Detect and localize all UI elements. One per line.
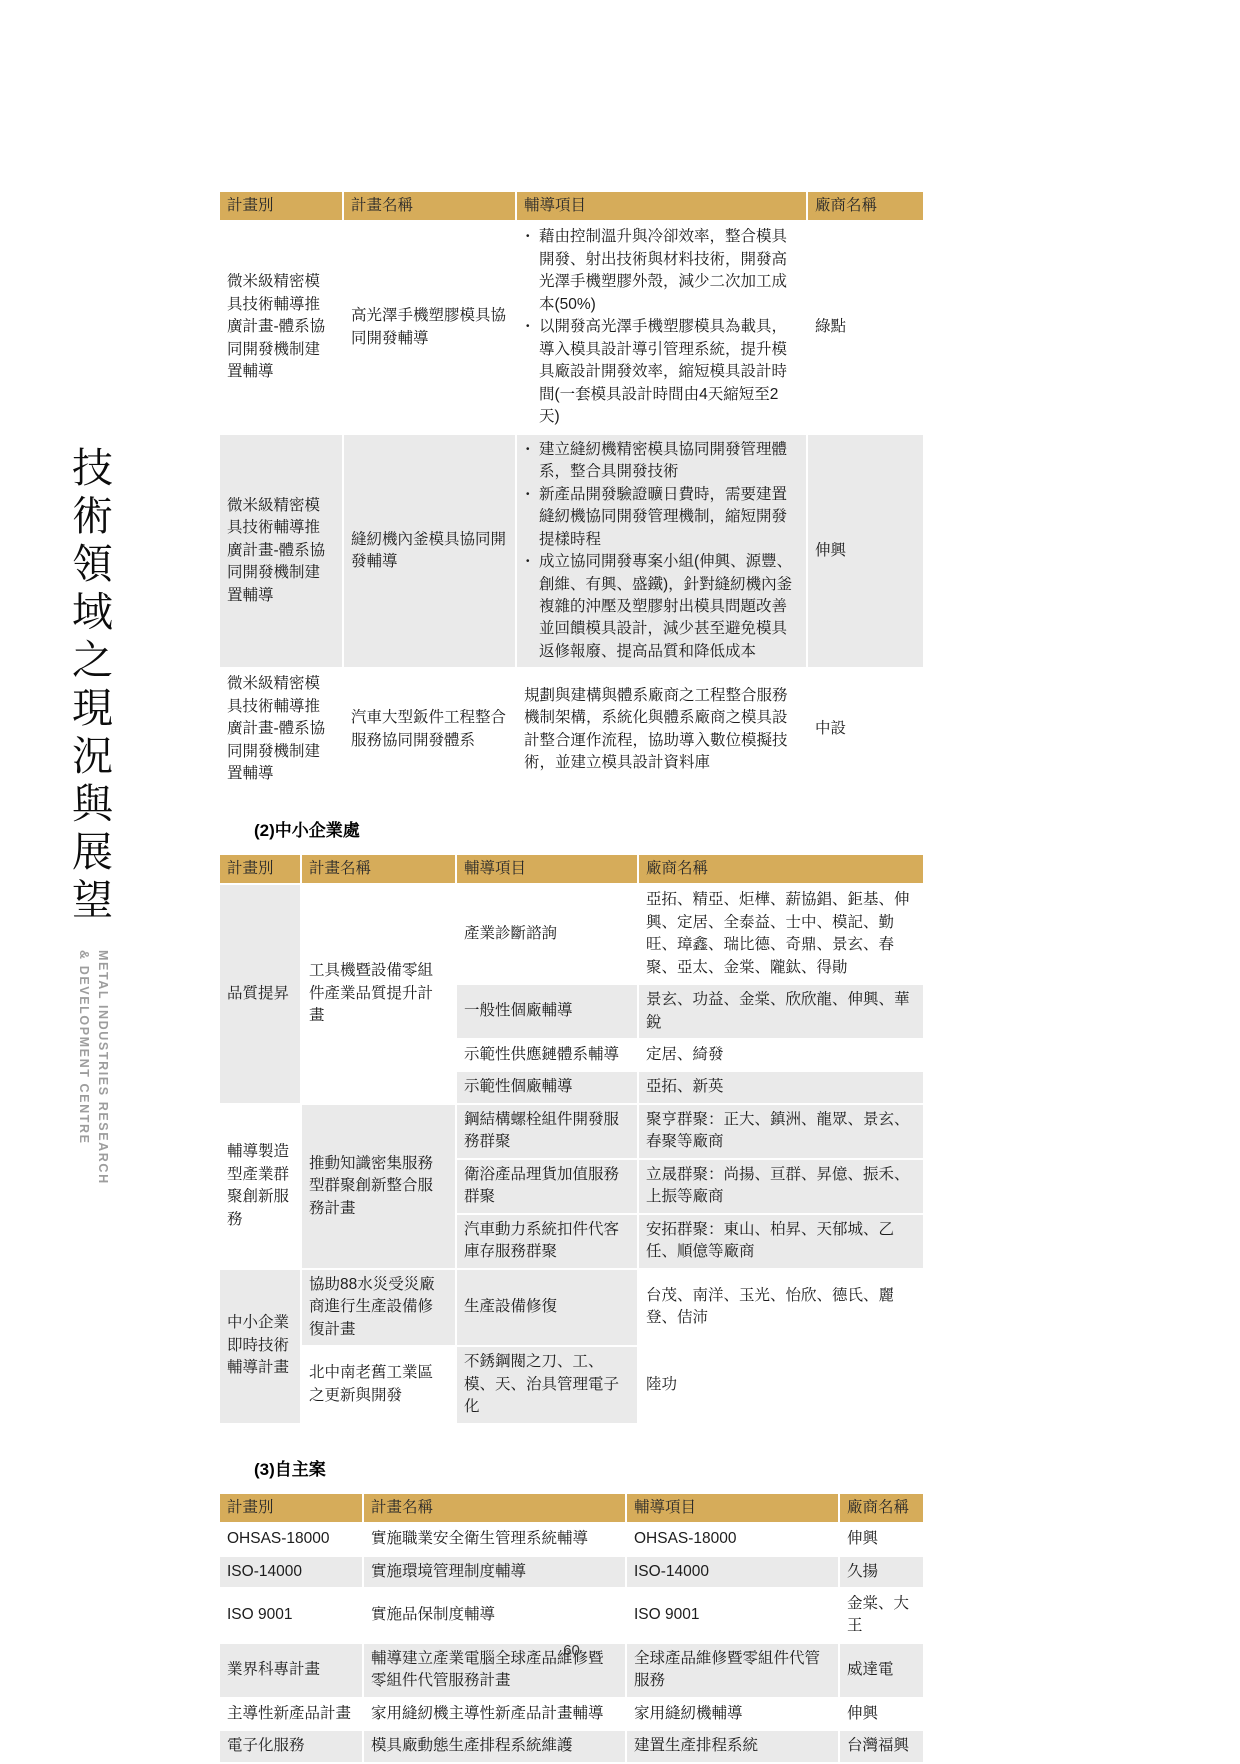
column-header: 輔導項目	[456, 854, 638, 884]
table-row: 微米級精密模具技術輔導推廣計畫-體系協同開發機制建置輔導汽車大型鈑件工程整合服務…	[219, 668, 924, 790]
bullet-item: 以開發高光澤手機塑膠模具為載具，導入模具設計導引管理系統，提升模具廠設計開發效率…	[524, 316, 799, 428]
table-cell: 台灣福興	[839, 1730, 924, 1762]
column-header: 計畫別	[219, 1493, 363, 1523]
sidebar-org-line2: & DEVELOPMENT CENTRE	[74, 950, 93, 1185]
table-header-row: 計畫別計畫名稱輔導項目廠商名稱	[219, 191, 924, 221]
bullet-item: 藉由控制溫升與冷卻效率，整合模具開發、射出技術與材料技術，開發高光澤手機塑膠外殼…	[524, 226, 799, 316]
table-cell: 電子化服務	[219, 1730, 363, 1762]
ministry-programs-table: 計畫別計畫名稱輔導項目廠商名稱微米級精密模具技術輔導推廣計畫-體系協同開發機制建…	[218, 190, 925, 792]
sme-programs-table: 計畫別計畫名稱輔導項目廠商名稱品質提昇工具機暨設備零組件產業品質提升計畫產業診斷…	[218, 853, 925, 1425]
column-header: 廠商名稱	[638, 854, 924, 884]
table-cell: 綠點	[807, 221, 924, 433]
table-cell: 景玄、功益、金棠、欣欣龍、伸興、華銳	[638, 984, 924, 1039]
column-header: 計畫名稱	[363, 1493, 626, 1523]
table-cell: 實施環境管理制度輔導	[363, 1556, 626, 1588]
table-cell: 立晟群聚：尚揚、亘群、昇億、振禾、上振等廠商	[638, 1159, 924, 1214]
table-cell: 一般性個廠輔導	[456, 984, 638, 1039]
table-cell: 示範性個廠輔導	[456, 1071, 638, 1103]
table-cell: 示範性供應鏈體系輔導	[456, 1039, 638, 1071]
table-header-row: 計畫別計畫名稱輔導項目廠商名稱	[219, 1493, 924, 1523]
table-row: ISO 9001實施品保制度輔導ISO 9001金棠、大王	[219, 1588, 924, 1643]
table-cell: 家用縫紉機主導性新產品計畫輔導	[363, 1698, 626, 1730]
table-cell: 金棠、大王	[839, 1588, 924, 1643]
table-row: 微米級精密模具技術輔導推廣計畫-體系協同開發機制建置輔導高光澤手機塑膠模具協同開…	[219, 221, 924, 433]
table-cell: 實施品保制度輔導	[363, 1588, 626, 1643]
table-cell: 模具廠動態生產排程系統維護	[363, 1730, 626, 1762]
table-row: 電子化服務模具廠動態生產排程系統維護建置生產排程系統台灣福興	[219, 1730, 924, 1762]
table-row: 微米級精密模具技術輔導推廣計畫-體系協同開發機制建置輔導縫紉機內釜模具協同開發輔…	[219, 434, 924, 669]
table-cell: 久揚	[839, 1556, 924, 1588]
table-cell: 陸功	[638, 1346, 924, 1423]
column-header: 輔導項目	[516, 191, 807, 221]
self-initiated-programs-table: 計畫別計畫名稱輔導項目廠商名稱OHSAS-18000實施職業安全衛生管理系統輔導…	[218, 1492, 925, 1764]
table-cell: 藉由控制溫升與冷卻效率，整合模具開發、射出技術與材料技術，開發高光澤手機塑膠外殼…	[516, 221, 807, 433]
column-header: 計畫別	[219, 191, 343, 221]
bullet-item: 成立協同開發專案小組(伸興、源豐、創維、有興、盛鐵)，針對縫紉機內釜複雜的沖壓及…	[524, 551, 799, 663]
column-header: 廠商名稱	[839, 1493, 924, 1523]
table-row: 輔導製造型產業群聚創新服務推動知識密集服務型群聚創新整合服務計畫鋼結構螺栓組件開…	[219, 1104, 924, 1159]
table-cell: 工具機暨設備零組件產業品質提升計畫	[301, 884, 456, 1104]
page-number: 60	[218, 1642, 925, 1659]
table-cell: ISO 9001	[626, 1588, 839, 1643]
sidebar-org-name: METAL INDUSTRIES RESEARCH & DEVELOPMENT …	[74, 950, 112, 1185]
table-cell: 協助88水災受災廠商進行生產設備修復計畫	[301, 1269, 456, 1346]
table-cell: 實施職業安全衛生管理系統輔導	[363, 1523, 626, 1555]
column-header: 計畫名稱	[343, 191, 516, 221]
table-cell: 伸興	[807, 434, 924, 669]
table-cell: 縫紉機內釜模具協同開發輔導	[343, 434, 516, 669]
table-cell: ISO-14000	[626, 1556, 839, 1588]
table-cell: 北中南老舊工業區之更新與開發	[301, 1346, 456, 1423]
section-heading-sme: (2)中小企業處	[254, 816, 925, 841]
column-header: 廠商名稱	[807, 191, 924, 221]
table-cell: 產業診斷諮詢	[456, 884, 638, 984]
table-cell: 安拓群聚：東山、柏昇、天郁城、乙任、順億等廠商	[638, 1214, 924, 1269]
table-cell: 建置生產排程系統	[626, 1730, 839, 1762]
table-cell: ISO 9001	[219, 1588, 363, 1643]
table-cell: 推動知識密集服務型群聚創新整合服務計畫	[301, 1104, 456, 1269]
table-row: 北中南老舊工業區之更新與開發不銹鋼閥之刀、工、模、天、治具管理電子化陸功	[219, 1346, 924, 1423]
table-cell: ISO-14000	[219, 1556, 363, 1588]
table-cell: 微米級精密模具技術輔導推廣計畫-體系協同開發機制建置輔導	[219, 434, 343, 669]
table-cell: 汽車動力系統扣件代客庫存服務群聚	[456, 1214, 638, 1269]
table-cell: 衛浴產品理貨加值服務群聚	[456, 1159, 638, 1214]
table-cell: 品質提昇	[219, 884, 301, 1104]
table-cell: 家用縫紉機輔導	[626, 1698, 839, 1730]
table-header-row: 計畫別計畫名稱輔導項目廠商名稱	[219, 854, 924, 884]
column-header: 輔導項目	[626, 1493, 839, 1523]
bullet-item: 建立縫紉機精密模具協同開發管理體系，整合具開發技術	[524, 439, 799, 484]
column-header: 計畫名稱	[301, 854, 456, 884]
table-cell: 主導性新產品計畫	[219, 1698, 363, 1730]
table-cell: 不銹鋼閥之刀、工、模、天、治具管理電子化	[456, 1346, 638, 1423]
bullet-item: 新產品開發驗證曠日費時，需要建置縫紉機協同開發管理機制，縮短開發提樣時程	[524, 484, 799, 551]
section-heading-self: (3)自主案	[254, 1455, 925, 1480]
table-cell: 伸興	[839, 1698, 924, 1730]
table-cell: OHSAS-18000	[219, 1523, 363, 1555]
table-cell: 汽車大型鈑件工程整合服務協同開發體系	[343, 668, 516, 790]
sidebar-org-line1: METAL INDUSTRIES RESEARCH	[93, 950, 112, 1185]
table-row: 品質提昇工具機暨設備零組件產業品質提升計畫產業診斷諮詢亞拓、精亞、炬樺、薪協錩、…	[219, 884, 924, 984]
column-header: 計畫別	[219, 854, 301, 884]
sidebar-vertical-title: 技術領域之現況與展望	[60, 446, 119, 926]
table-cell: 微米級精密模具技術輔導推廣計畫-體系協同開發機制建置輔導	[219, 668, 343, 790]
table-cell: 規劃與建構與體系廠商之工程整合服務機制架構，系統化與體系廠商之模具設計整合運作流…	[516, 668, 807, 790]
table-cell: 聚亨群聚：正大、鎮洲、龍眾、景玄、春聚等廠商	[638, 1104, 924, 1159]
table-row: OHSAS-18000實施職業安全衛生管理系統輔導OHSAS-18000伸興	[219, 1523, 924, 1555]
table-cell: 輔導製造型產業群聚創新服務	[219, 1104, 301, 1269]
table-cell: 鋼結構螺栓組件開發服務群聚	[456, 1104, 638, 1159]
table-cell: 亞拓、新英	[638, 1071, 924, 1103]
table-row: ISO-14000實施環境管理制度輔導ISO-14000久揚	[219, 1556, 924, 1588]
table-cell: 台茂、南洋、玉光、怡欣、德氏、麗登、佶沛	[638, 1269, 924, 1346]
table-cell: 生產設備修復	[456, 1269, 638, 1346]
table-row: 主導性新產品計畫家用縫紉機主導性新產品計畫輔導家用縫紉機輔導伸興	[219, 1698, 924, 1730]
table-cell: 定居、綺發	[638, 1039, 924, 1071]
table-cell: 建立縫紉機精密模具協同開發管理體系，整合具開發技術新產品開發驗證曠日費時，需要建…	[516, 434, 807, 669]
table-cell: 中小企業即時技術輔導計畫	[219, 1269, 301, 1424]
table-cell: 中設	[807, 668, 924, 790]
table-cell: 微米級精密模具技術輔導推廣計畫-體系協同開發機制建置輔導	[219, 221, 343, 433]
main-content: 計畫別計畫名稱輔導項目廠商名稱微米級精密模具技術輔導推廣計畫-體系協同開發機制建…	[218, 190, 925, 1764]
table-cell: OHSAS-18000	[626, 1523, 839, 1555]
table-cell: 亞拓、精亞、炬樺、薪協錩、鉅基、伸興、定居、全泰益、士中、模記、勤旺、璋鑫、瑞比…	[638, 884, 924, 984]
table-cell: 高光澤手機塑膠模具協同開發輔導	[343, 221, 516, 433]
table-cell: 伸興	[839, 1523, 924, 1555]
table-row: 中小企業即時技術輔導計畫協助88水災受災廠商進行生產設備修復計畫生產設備修復台茂…	[219, 1269, 924, 1346]
